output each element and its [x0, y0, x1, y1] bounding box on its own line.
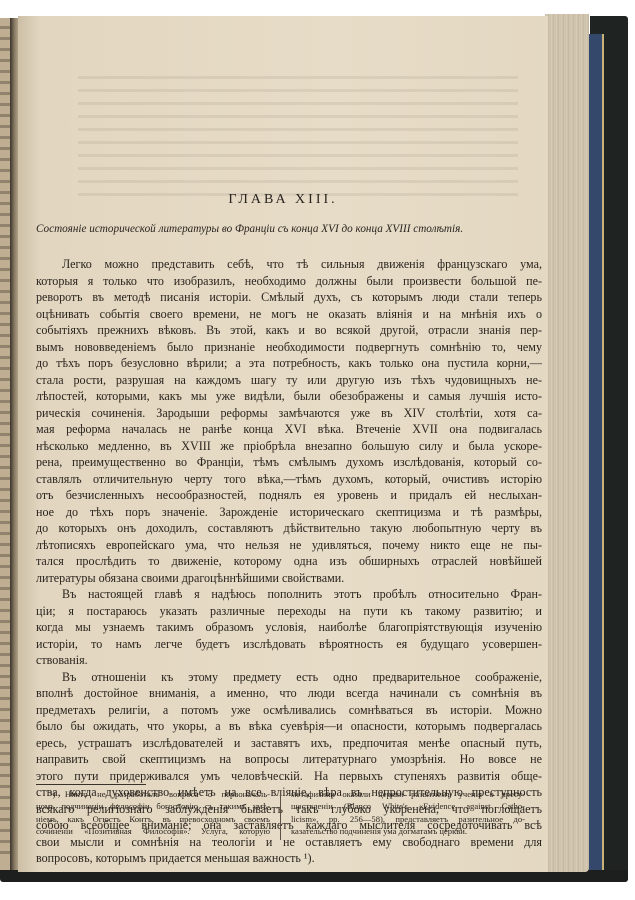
- body-line: стала рости, разрушая на каждомъ шагу ту…: [36, 372, 542, 389]
- footnote-line: ¹) Никто не разработалъ вопроса о первон…: [36, 788, 270, 800]
- body-line: оцѣнивать событія своего времени, не мог…: [36, 306, 542, 323]
- footnote-line: сочиненіи «Позитивная Философія». Услуга…: [36, 825, 270, 837]
- body-line: ціи; я постараюсь указать различные пере…: [36, 603, 542, 620]
- body-line: лѣтописяхъ европейскаго ума, что нельзя …: [36, 537, 542, 554]
- footnote-column-right: метафизики оказали церкви развитіемъ уче…: [291, 788, 525, 838]
- body-line: Легко можно представить себѣ, что тѣ сил…: [36, 256, 542, 273]
- body-line: до тѣхъ поръ безусловно вѣрили; а эта по…: [36, 355, 542, 372]
- body-line: исторіи, то намъ легче будетъ изслѣдоват…: [36, 636, 542, 653]
- body-line: Въ настоящей главѣ я надѣюсь пополнить э…: [36, 586, 542, 603]
- body-line: тался прослѣдить то движеніе, которому о…: [36, 553, 542, 570]
- body-line: рена, преимущественно во Франціи, тѣмъ с…: [36, 454, 542, 471]
- footnote-divider: [280, 790, 281, 840]
- body-line: когда мы узнаемъ такимъ образомъ условія…: [36, 619, 542, 636]
- page-edges: [545, 14, 589, 872]
- body-line: литературы обязана своими драгоцѣннѣйшим…: [36, 570, 542, 587]
- footnote-rule: [36, 784, 146, 785]
- body-line: ересь, устрашатъ изслѣдователей и застав…: [36, 735, 542, 752]
- body-line: которыя я только что изобразилъ, необход…: [36, 273, 542, 290]
- body-line: было бы ожидать, что укоры, а въ вѣка су…: [36, 718, 542, 735]
- footnote-line: ніемъ, какъ Огюстъ Контъ, въ превосходно…: [36, 813, 270, 825]
- footnote-column-left: ¹) Никто не разработалъ вопроса о первон…: [36, 788, 270, 838]
- body-line: Въ отношеніи къ этому предмету есть одно…: [36, 669, 542, 686]
- show-through-text: [78, 76, 518, 206]
- body-line: рическія сочиненія. Зародыши реформы зам…: [36, 405, 542, 422]
- chapter-title: ГЛАВА XIII.: [18, 192, 548, 208]
- body-text: Легко можно представить себѣ, что тѣ сил…: [36, 256, 542, 867]
- footnote-line: номъ подчиненіи философіи богословію съ …: [36, 800, 270, 812]
- body-line: этого пути придерживался умъ человѣческі…: [36, 768, 542, 785]
- body-line: направить свой скептицизмъ на вопросы ли…: [36, 751, 542, 768]
- body-line: отъ безчисленныхъ несообразностей, подня…: [36, 487, 542, 504]
- footnote-line: метафизики оказали церкви развитіемъ уче…: [291, 788, 525, 800]
- body-line: нѣсколько медленно, въ XVIII же пріобрѣл…: [36, 438, 542, 455]
- chapter-subtitle: Состояніе исторической литературы во Фра…: [36, 223, 548, 235]
- footnote-line: ществленіи (Blanco White's «Evidence aga…: [291, 800, 525, 812]
- body-line: ствованія.: [36, 652, 542, 669]
- book-page: ГЛАВА XIII. Состояніе исторической литер…: [18, 16, 548, 872]
- footnote-line: казательство подчиненія ума догматамъ це…: [291, 825, 525, 837]
- body-line: ставлялъ отличительную черту того вѣка,—…: [36, 471, 542, 488]
- footnote-line: licism», pp. 256—58), представляетъ рази…: [291, 813, 525, 825]
- body-line: реворотъ въ методѣ писанія исторіи. Смѣл…: [36, 289, 542, 306]
- body-line: ное до тѣхъ поръ значеніе. Зарожденіе ис…: [36, 504, 542, 521]
- body-line: лѣпостей, которыми, какъ мы уже видѣли, …: [36, 388, 542, 405]
- body-line: вполнѣ достойное вниманія, а именно, что…: [36, 685, 542, 702]
- body-line: мая реформа началась не ранѣе конца XVI …: [36, 421, 542, 438]
- body-line: вопросовъ, которымъ придается меньшая ва…: [36, 850, 542, 867]
- body-line: вымъ нововведеніемъ было признаніе необх…: [36, 339, 542, 356]
- body-line: предметахъ религіи, а потомъ уже осмѣлив…: [36, 702, 542, 719]
- body-line: до которыхъ онъ доходилъ, составляютъ дѣ…: [36, 520, 542, 537]
- body-line: событіяхъ прежнихъ вѣковъ. Въ этой, какъ…: [36, 322, 542, 339]
- endpaper: [588, 34, 604, 870]
